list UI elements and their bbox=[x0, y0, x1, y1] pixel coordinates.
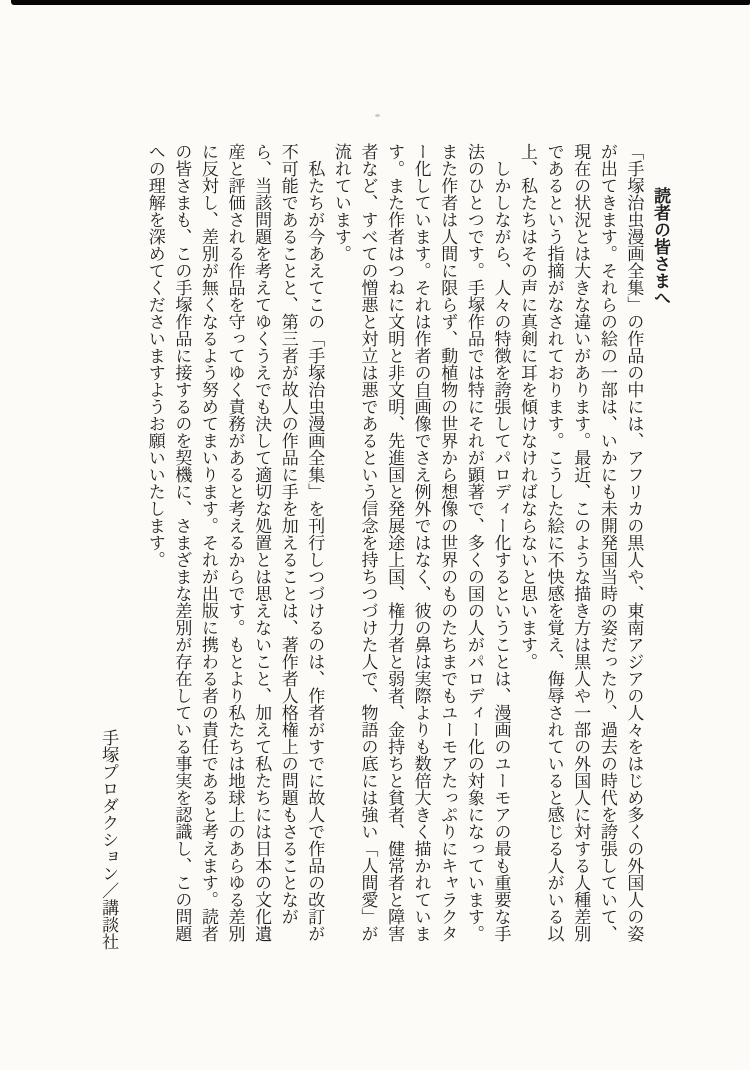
scanned-book-page: 読者の皆さまへ 「手塚治虫漫画全集」の作品の中には、アフリカの黒人や、東南アジア… bbox=[0, 0, 750, 1070]
signature: 手塚プロダクション／講談社 bbox=[95, 143, 122, 950]
page-title: 読者の皆さまへ bbox=[646, 143, 673, 950]
notice-paragraph-3: 私たちが今あえてこの「手塚治虫漫画全集」を刊行しつづけるのは、作者がすでに故人で… bbox=[141, 143, 327, 950]
notice-paragraph-1: 「手塚治虫漫画全集」の作品の中には、アフリカの黒人や、東南アジアの人々をはじめ多… bbox=[513, 143, 646, 950]
scan-speck bbox=[375, 114, 380, 117]
scan-artifact-top-edge bbox=[11, 0, 750, 5]
notice-paragraph-2: しかしながら、人々の特徴を誇張してパロディー化するということは、漫画のユーモアの… bbox=[327, 143, 513, 950]
reader-notice: 読者の皆さまへ 「手塚治虫漫画全集」の作品の中には、アフリカの黒人や、東南アジア… bbox=[95, 143, 673, 950]
